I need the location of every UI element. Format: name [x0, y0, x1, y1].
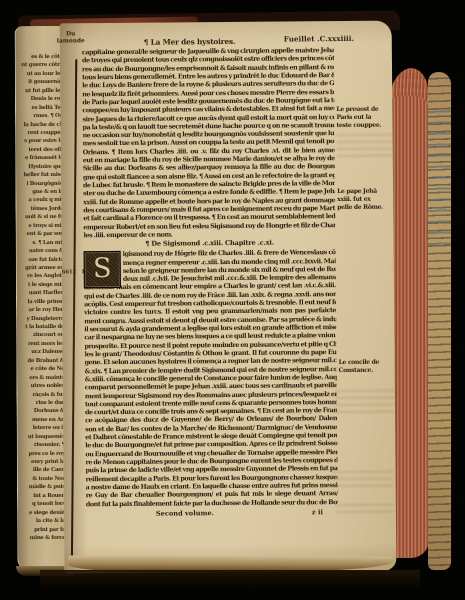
text-fragment: utres nobles [17, 382, 64, 391]
book-page: Du lamonde ¶ La Mer des hystoires. Fueil… [60, 21, 397, 574]
text-fragment: risonnier. ¶ [18, 441, 65, 450]
text-fragment: s pour estre la [16, 137, 63, 146]
paragraph-2-wrap: S igismond roy de Hōgrie filz de Charles… [84, 248, 338, 508]
text-fragment: e siege deuāt [18, 509, 65, 518]
text-fragment: Dorleans & [18, 407, 65, 416]
book-photo: { "colors": { "background": "#030302", "… [0, 0, 465, 600]
text-fragment: mine & force [18, 534, 65, 543]
text-fragment: y Dangleterre [17, 314, 64, 323]
ink-bleedthrough [336, 499, 394, 514]
text-fragment: beller fut mise [16, 171, 63, 180]
text-fragment: la hache de ch [16, 120, 63, 129]
text-fragment: la ville prinse [17, 298, 64, 307]
text-fragment: Denis le roy [16, 95, 63, 104]
folio-number: Fueillet .C.xxxiiii. [284, 34, 354, 44]
text-fragment: uant Harfleu [17, 289, 64, 298]
text-fragment: t le siege mis [17, 281, 64, 290]
text-fragment: nt fut pille les [16, 87, 63, 96]
margin-note-line: Constance. [339, 367, 397, 376]
text-fragment: e frāmassēt le [16, 154, 63, 163]
anno-mundi: 6612 [62, 269, 77, 275]
text-fragment: leterre ou il [18, 424, 65, 433]
margin-note-line: pelle de Rōme. [337, 204, 395, 213]
gutter-fold-line [71, 59, 77, 559]
text-fragment: i Bourgōgnōs [16, 179, 63, 188]
text-fragment: print par fa [18, 525, 65, 534]
paragraph-2: igismond roy de Hōgrie filz de Charles .… [84, 248, 338, 508]
ink-bleedthrough [331, 467, 393, 488]
main-text-column: cappitaine general/le seigneur de Jaqueu… [82, 46, 338, 520]
text-fragment: rāçois & fut [17, 390, 64, 399]
text-fragment: ut au iour les [16, 70, 63, 79]
drop-cap-initial: S [84, 251, 121, 288]
text-fragment: rent mors les [17, 340, 64, 349]
margin-note-provost: Le preuost deParis eut lateste couppee. [336, 106, 394, 131]
text-fragment: & toute Nor [18, 475, 65, 484]
text-fragment: e troys si mit [17, 222, 64, 231]
margin-note-council: Le concile deConstance. [339, 359, 397, 376]
text-fragment: q tenoit lors [18, 500, 65, 509]
text-fragment: s. ¶ Lan mil [17, 239, 64, 248]
text-fragment: mādie & puis [18, 483, 65, 492]
text-fragment: ent & par son [17, 230, 64, 239]
text-fragment: rent couppez [16, 129, 63, 138]
text-line: dont fut la paix finablement faicte par … [86, 498, 338, 509]
text-fragment: teret des offi [16, 146, 63, 155]
text-fragment: uoit & si ne fu [17, 213, 64, 222]
margin-note-pope-john: Le pape Jehāxxiii. fut expelle de Rōme. [337, 188, 395, 213]
text-fragment: uatre cens & [17, 247, 64, 256]
previous-page-running-header: Du lamonde [53, 31, 89, 46]
text-fragment: de Brabant & [17, 357, 64, 366]
binding-edge [428, 72, 451, 570]
text-fragment: a ceulx q mīt [16, 196, 63, 205]
text-fragment: t la bataille de [17, 323, 64, 332]
text-fragment: gne & en la [16, 188, 63, 197]
text-fragment: Hystoire que [16, 163, 63, 172]
text-fragment: it gouuernās [16, 78, 63, 87]
text-fragment: oze fut faicte [17, 255, 64, 264]
volume-label: Second volume. [156, 509, 214, 518]
text-fragment: rmes. ¶ On [16, 112, 63, 121]
text-fragment: enry print la [18, 458, 65, 467]
text-fragment: ucz Dalensō [17, 348, 64, 357]
text-fragment: ut longuemēt [18, 433, 65, 442]
paragraph-1: cappitaine general/le seigneur de Jaqueu… [82, 46, 336, 239]
text-fragment: ers & maints [17, 374, 64, 383]
text-fragment: ille de Caen [18, 466, 65, 475]
text-fragment: zincourt ou [17, 331, 64, 340]
book-bottom-shadow [40, 570, 420, 590]
text-fragment: nt guerre cōtre [16, 61, 63, 70]
running-header-title: ¶ La Mer des hystoires. [144, 37, 236, 47]
text-fragment: mene en An [18, 416, 65, 425]
text-fragment: int a Rouen [18, 492, 65, 501]
text-fragment: es & le cōte [16, 53, 63, 62]
text-fragment: la cite & la [18, 517, 65, 526]
text-fragment: e cōte de Ne [17, 365, 64, 374]
text-fragment: ar le roy Hen [17, 306, 64, 315]
ink-bleedthrough [337, 133, 393, 157]
text-fragment: re les Anglois [17, 272, 64, 281]
page-footer: Second volume. z ii [86, 508, 338, 520]
text-fragment: es bellū Ter [16, 104, 63, 113]
text-fragment: rins le duc [18, 399, 65, 408]
text-fragment: pres ce le roy [18, 449, 65, 458]
text-fragment: tēmes Jorde [17, 205, 64, 214]
ink-bleedthrough [335, 387, 395, 414]
text-fragment: grāt armee en [17, 264, 64, 273]
margin-note-line: teste couppee. [336, 122, 394, 131]
signature-mark: z ii [312, 508, 323, 516]
running-header-fragment-line2: lamonde [53, 38, 89, 46]
